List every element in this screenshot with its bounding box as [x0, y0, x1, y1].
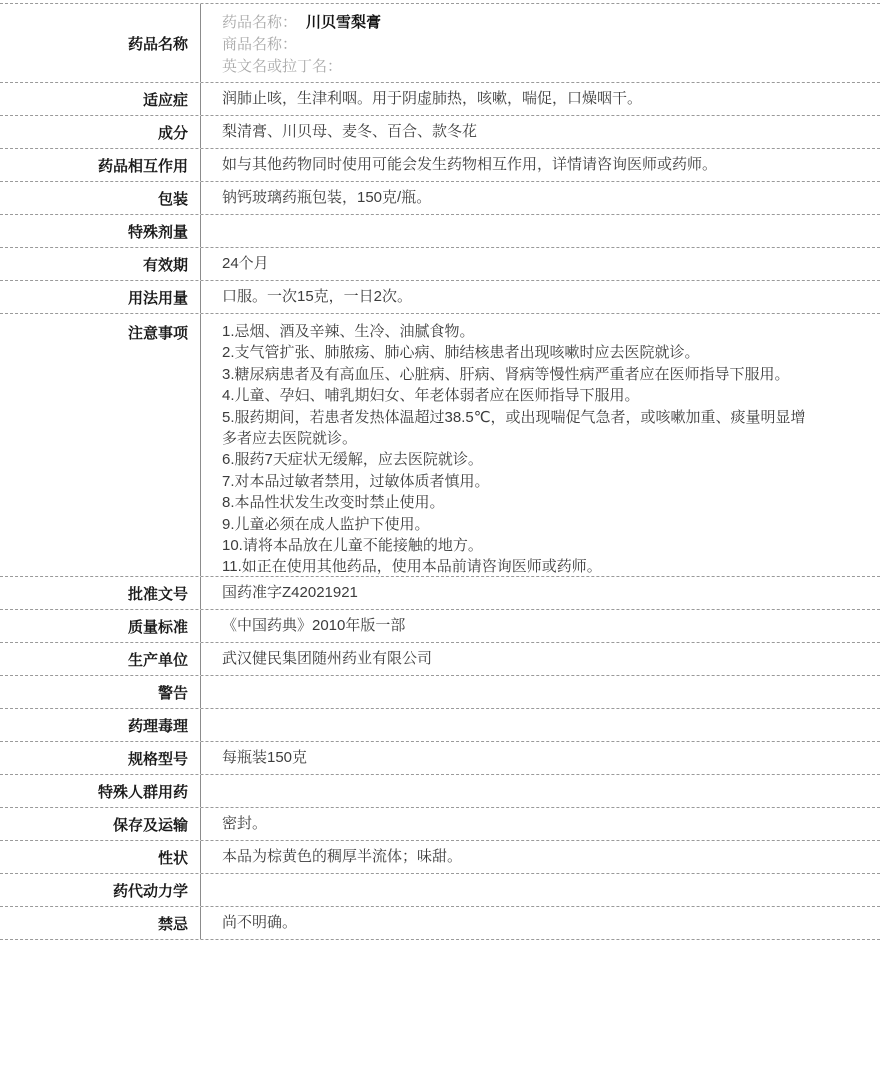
field-prefix-label: 商品名称： — [222, 36, 297, 53]
row-value-text: 尚不明确。 — [222, 913, 297, 933]
table-row-性状: 性状 本品为棕黄色的稠厚半流体；味甜。 — [0, 841, 880, 874]
table-row-特殊人群用药: 特殊人群用药 — [0, 775, 880, 808]
row-value-text: 24个月 — [222, 254, 269, 274]
row-value — [201, 676, 880, 708]
row-value-text: 钠钙玻璃药瓶包装，150克/瓶。 — [222, 188, 431, 208]
row-value: 口服。一次15克，一日2次。 — [201, 281, 880, 313]
row-label: 性状 — [0, 841, 201, 873]
note-item: 4.儿童、孕妇、哺乳期妇女、年老体弱者应在医师指导下服用。 — [222, 385, 806, 406]
note-item: 8.本品性状发生改变时禁止使用。 — [222, 492, 806, 513]
note-item: 10.请将本品放在儿童不能接触的地方。 — [222, 535, 806, 556]
row-value-text: 国药准字Z42021921 — [222, 583, 358, 603]
row-value: 钠钙玻璃药瓶包装，150克/瓶。 — [201, 182, 880, 214]
row-value: 国药准字Z42021921 — [201, 577, 880, 609]
table-row-警告: 警告 — [0, 676, 880, 709]
table-row-包装: 包装 钠钙玻璃药瓶包装，150克/瓶。 — [0, 182, 880, 215]
note-item: 9.儿童必须在成人监护下使用。 — [222, 514, 806, 535]
drug-info-page: 药品名称 药品名称：川贝雪梨膏商品名称：英文名或拉丁名： 适应症 润肺止咳，生津… — [0, 0, 880, 1070]
field-prefix-label: 英文名或拉丁名： — [222, 58, 342, 75]
table-row-特殊剂量: 特殊剂量 — [0, 215, 880, 248]
table-row-禁忌: 禁忌 尚不明确。 — [0, 907, 880, 940]
row-value-text: 润肺止咳，生津利咽。用于阴虚肺热，咳嗽，喘促，口燥咽干。 — [222, 89, 642, 109]
drug-name-line: 商品名称： — [222, 34, 870, 56]
table-row-药理毒理: 药理毒理 — [0, 709, 880, 742]
row-label: 禁忌 — [0, 907, 201, 939]
row-value-text: 《中国药典》2010年版一部 — [222, 616, 405, 636]
row-label: 药理毒理 — [0, 709, 201, 741]
row-value — [201, 215, 880, 247]
table-row-适应症: 适应症 润肺止咳，生津利咽。用于阴虚肺热，咳嗽，喘促，口燥咽干。 — [0, 83, 880, 116]
row-label: 包装 — [0, 182, 201, 214]
row-value: 本品为棕黄色的稠厚半流体；味甜。 — [201, 841, 880, 873]
row-value: 药品名称：川贝雪梨膏商品名称：英文名或拉丁名： — [201, 4, 880, 82]
row-value: 密封。 — [201, 808, 880, 840]
row-value: 如与其他药物同时使用可能会发生药物相互作用，详情请咨询医师或药师。 — [201, 149, 880, 181]
table-row-成分: 成分 梨清膏、川贝母、麦冬、百合、款冬花 — [0, 116, 880, 149]
row-label: 药品名称 — [0, 4, 201, 82]
drug-info-table: 药品名称 药品名称：川贝雪梨膏商品名称：英文名或拉丁名： 适应症 润肺止咳，生津… — [0, 3, 880, 940]
row-value: 《中国药典》2010年版一部 — [201, 610, 880, 642]
note-item: 6.服药7天症状无缓解，应去医院就诊。 — [222, 449, 806, 470]
row-value-text: 如与其他药物同时使用可能会发生药物相互作用，详情请咨询医师或药师。 — [222, 155, 717, 175]
row-label: 有效期 — [0, 248, 201, 280]
table-row-用法用量: 用法用量 口服。一次15克，一日2次。 — [0, 281, 880, 314]
row-value-text: 口服。一次15克，一日2次。 — [222, 287, 412, 307]
row-value: 梨清膏、川贝母、麦冬、百合、款冬花 — [201, 116, 880, 148]
row-label: 质量标准 — [0, 610, 201, 642]
row-label: 药品相互作用 — [0, 149, 201, 181]
table-row-质量标准: 质量标准 《中国药典》2010年版一部 — [0, 610, 880, 643]
field-prefix-label: 药品名称： — [222, 14, 297, 31]
row-label: 特殊人群用药 — [0, 775, 201, 807]
table-row-生产单位: 生产单位 武汉健民集团随州药业有限公司 — [0, 643, 880, 676]
drug-name-line: 药品名称：川贝雪梨膏 — [222, 12, 870, 34]
row-value: 尚不明确。 — [201, 907, 880, 939]
row-label: 规格型号 — [0, 742, 201, 774]
note-item: 7.对本品过敏者禁用，过敏体质者慎用。 — [222, 471, 806, 492]
note-item: 1.忌烟、酒及辛辣、生冷、油腻食物。 — [222, 321, 806, 342]
row-label: 成分 — [0, 116, 201, 148]
row-label: 注意事项 — [0, 314, 201, 576]
row-value — [201, 775, 880, 807]
row-value: 24个月 — [201, 248, 880, 280]
drug-name-line: 英文名或拉丁名： — [222, 56, 870, 78]
table-row-批准文号: 批准文号 国药准字Z42021921 — [0, 577, 880, 610]
row-label: 警告 — [0, 676, 201, 708]
table-row-规格型号: 规格型号 每瓶装150克 — [0, 742, 880, 775]
table-row-有效期: 有效期 24个月 — [0, 248, 880, 281]
row-value-text: 梨清膏、川贝母、麦冬、百合、款冬花 — [222, 122, 477, 142]
row-value: 1.忌烟、酒及辛辣、生冷、油腻食物。2.支气管扩张、肺脓疡、肺心病、肺结核患者出… — [201, 314, 880, 576]
row-label: 生产单位 — [0, 643, 201, 675]
note-item: 3.糖尿病患者及有高血压、心脏病、肝病、肾病等慢性病严重者应在医师指导下服用。 — [222, 364, 806, 385]
row-value: 每瓶装150克 — [201, 742, 880, 774]
row-value-text: 每瓶装150克 — [222, 748, 307, 768]
row-label: 药代动力学 — [0, 874, 201, 906]
row-label: 特殊剂量 — [0, 215, 201, 247]
note-item: 2.支气管扩张、肺脓疡、肺心病、肺结核患者出现咳嗽时应去医院就诊。 — [222, 342, 806, 363]
row-value: 武汉健民集团随州药业有限公司 — [201, 643, 880, 675]
row-value — [201, 709, 880, 741]
field-value: 川贝雪梨膏 — [306, 14, 381, 31]
table-row-注意事项: 注意事项 1.忌烟、酒及辛辣、生冷、油腻食物。2.支气管扩张、肺脓疡、肺心病、肺… — [0, 314, 880, 577]
row-value-text: 密封。 — [222, 814, 267, 834]
row-value: 润肺止咳，生津利咽。用于阴虚肺热，咳嗽，喘促，口燥咽干。 — [201, 83, 880, 115]
table-row-药代动力学: 药代动力学 — [0, 874, 880, 907]
row-value-text: 本品为棕黄色的稠厚半流体；味甜。 — [222, 847, 462, 867]
row-value — [201, 874, 880, 906]
table-row-保存及运输: 保存及运输 密封。 — [0, 808, 880, 841]
table-row-药品名称: 药品名称 药品名称：川贝雪梨膏商品名称：英文名或拉丁名： — [0, 4, 880, 83]
row-label: 用法用量 — [0, 281, 201, 313]
row-value-text: 武汉健民集团随州药业有限公司 — [222, 649, 432, 669]
row-label: 适应症 — [0, 83, 201, 115]
row-label: 保存及运输 — [0, 808, 201, 840]
table-row-药品相互作用: 药品相互作用 如与其他药物同时使用可能会发生药物相互作用，详情请咨询医师或药师。 — [0, 149, 880, 182]
note-item: 11.如正在使用其他药品，使用本品前请咨询医师或药师。 — [222, 556, 806, 577]
note-item: 5.服药期间，若患者发热体温超过38.5℃，或出现喘促气急者，或咳嗽加重、痰量明… — [222, 407, 806, 450]
row-label: 批准文号 — [0, 577, 201, 609]
